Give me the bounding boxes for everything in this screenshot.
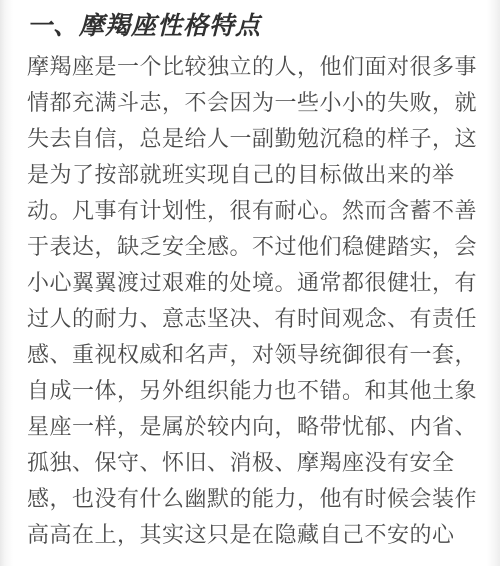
article-body: 摩羯座是一个比较独立的人，他们面对很多事 情都充满斗志，不会因为一些小小的失败，… <box>27 49 478 553</box>
text-line: 星座一样，是属於较内向，略带忧郁、内省、 <box>27 409 478 445</box>
text-line: 动。凡事有计划性，很有耐心。然而含蓄不善 <box>27 193 478 229</box>
text-line: 自成一体，另外组织能力也不错。和其他土象 <box>27 373 478 409</box>
article-page: 一、摩羯座性格特点 摩羯座是一个比较独立的人，他们面对很多事 情都充满斗志，不会… <box>0 0 500 566</box>
text-line: 过人的耐力、意志坚决、有时间观念、有责任 <box>27 301 478 337</box>
text-line: 于表达，缺乏安全感。不过他们稳健踏实，会 <box>27 229 478 265</box>
text-line: 感、重视权威和名声，对领导统御很有一套， <box>27 337 478 373</box>
text-line: 失去自信，总是给人一副勤勉沉稳的样子，这 <box>27 121 478 157</box>
section-heading: 一、摩羯座性格特点 <box>27 8 478 44</box>
text-line: 高高在上，其实这只是在隐藏自己不安的心 <box>27 517 478 553</box>
text-line: 是为了按部就班实现自己的目标做出来的举 <box>27 157 478 193</box>
text-line: 情都充满斗志，不会因为一些小小的失败，就 <box>27 85 478 121</box>
text-line: 感，也没有什么幽默的能力，他有时候会装作 <box>27 481 478 517</box>
text-line: 孤独、保守、怀旧、消极、摩羯座没有安全 <box>27 445 478 481</box>
text-line: 小心翼翼渡过艰难的处境。通常都很健壮，有 <box>27 265 478 301</box>
text-line: 摩羯座是一个比较独立的人，他们面对很多事 <box>27 49 478 85</box>
